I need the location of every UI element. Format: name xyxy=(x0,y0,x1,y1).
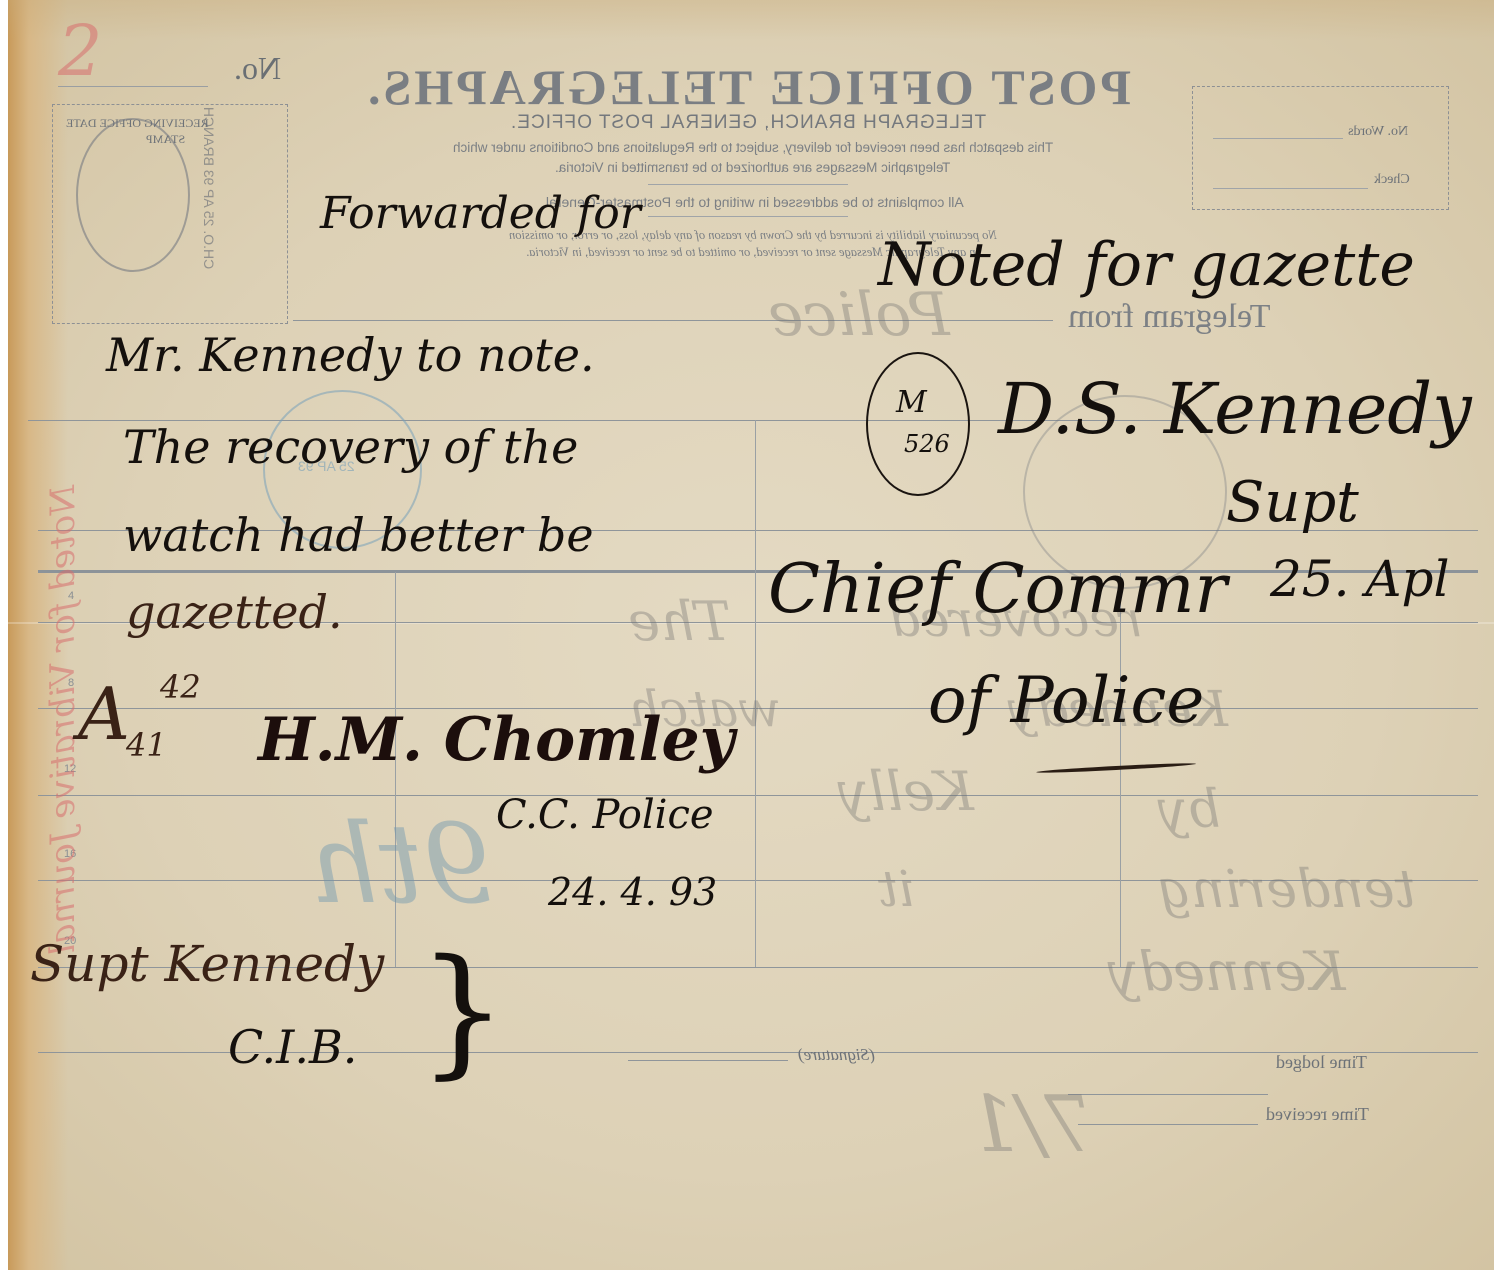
no-words-line xyxy=(1213,138,1343,139)
paper-top-stain xyxy=(8,0,1494,40)
reference-circle-top: M xyxy=(896,385,927,420)
reference-circle-bottom: 526 xyxy=(904,430,950,458)
ghost-word: Kennedy xyxy=(1108,940,1345,1003)
notice-divider xyxy=(648,184,848,185)
note-line-3: watch had better be xyxy=(123,508,594,562)
ghost-word: tendering xyxy=(1158,860,1416,920)
note-line-4: gazetted. xyxy=(126,585,343,639)
rule-6 xyxy=(38,795,1478,796)
telegram-form: POST OFFICE TELEGRAPHS. TELEGRAPH BRANCH… xyxy=(8,0,1494,1270)
red-pencil-note: Noted for Vibrative Journal xyxy=(43,485,83,955)
reference-circle xyxy=(866,352,970,496)
check-line xyxy=(1213,188,1368,189)
reference-subscript: 41 xyxy=(126,726,167,764)
time-received-label: Time received xyxy=(1266,1104,1369,1125)
form-title: POST OFFICE TELEGRAPHS. xyxy=(318,58,1178,116)
time-lodged-label: Time lodged xyxy=(1276,1052,1367,1073)
ghost-word: The xyxy=(628,590,731,653)
notice-line-1: This despatch has been received for deli… xyxy=(293,140,1213,155)
ghost-word: by xyxy=(1158,780,1221,840)
ghost-word: 7/1 xyxy=(968,1080,1094,1170)
note-line-1: Mr. Kennedy to note. xyxy=(106,328,595,382)
forwarded-for-text: Forwarded for xyxy=(320,188,641,239)
time-received-line xyxy=(1078,1124,1258,1125)
check-label: Check xyxy=(1374,172,1410,188)
chief-commissioner-signature: H.M. Chomley xyxy=(258,705,734,775)
complaints-divider xyxy=(648,216,848,217)
addressee-department: C.I.B. xyxy=(228,1020,357,1074)
postmark-stamp xyxy=(76,118,190,272)
noted-for-gazette-text: Noted for gazette xyxy=(878,230,1415,300)
of-police-text: of Police xyxy=(928,664,1204,738)
number-label: No. xyxy=(234,50,281,87)
superintendent-title: Supt xyxy=(1226,470,1359,535)
word-count-box xyxy=(1192,86,1449,210)
reference-superscript: 42 xyxy=(160,668,201,706)
right-date: 25. Apl xyxy=(1270,550,1450,608)
signature-date: 24. 4. 93 xyxy=(548,870,717,914)
chief-commr-text: Chief Commr xyxy=(768,550,1227,629)
ghost-word: Kelly xyxy=(838,760,974,823)
no-words-label: No. Words xyxy=(1348,124,1408,140)
form-subtitle: TELEGRAPH BRANCH, GENERAL POST OFFICE. xyxy=(428,112,1068,134)
postmark-text: CH.O. 25 AP 93 BRANCH xyxy=(201,107,217,269)
underline-stroke xyxy=(1036,762,1196,774)
time-lodged-line xyxy=(1068,1094,1268,1095)
note-line-2: The recovery of the xyxy=(123,420,578,474)
ghost-word: it xyxy=(878,860,914,918)
superintendent-signature: D.S. Kennedy xyxy=(998,368,1472,450)
telegram-from-label: Telegram from xyxy=(1068,298,1270,336)
red-pencil-mark: 2 xyxy=(58,10,103,92)
ghost-blue-mark: 9th xyxy=(308,800,493,928)
addressee: Supt Kennedy xyxy=(30,935,384,993)
signature-title: C.C. Police xyxy=(496,792,714,838)
reference-code: A xyxy=(78,672,130,756)
signature-label: (Signature) xyxy=(798,1045,875,1065)
rule-heavy xyxy=(38,570,1478,573)
notice-line-2: Telegraphic Messages are authorized to b… xyxy=(293,160,1213,175)
signature-line xyxy=(628,1060,788,1061)
bracket: } xyxy=(418,930,507,1093)
